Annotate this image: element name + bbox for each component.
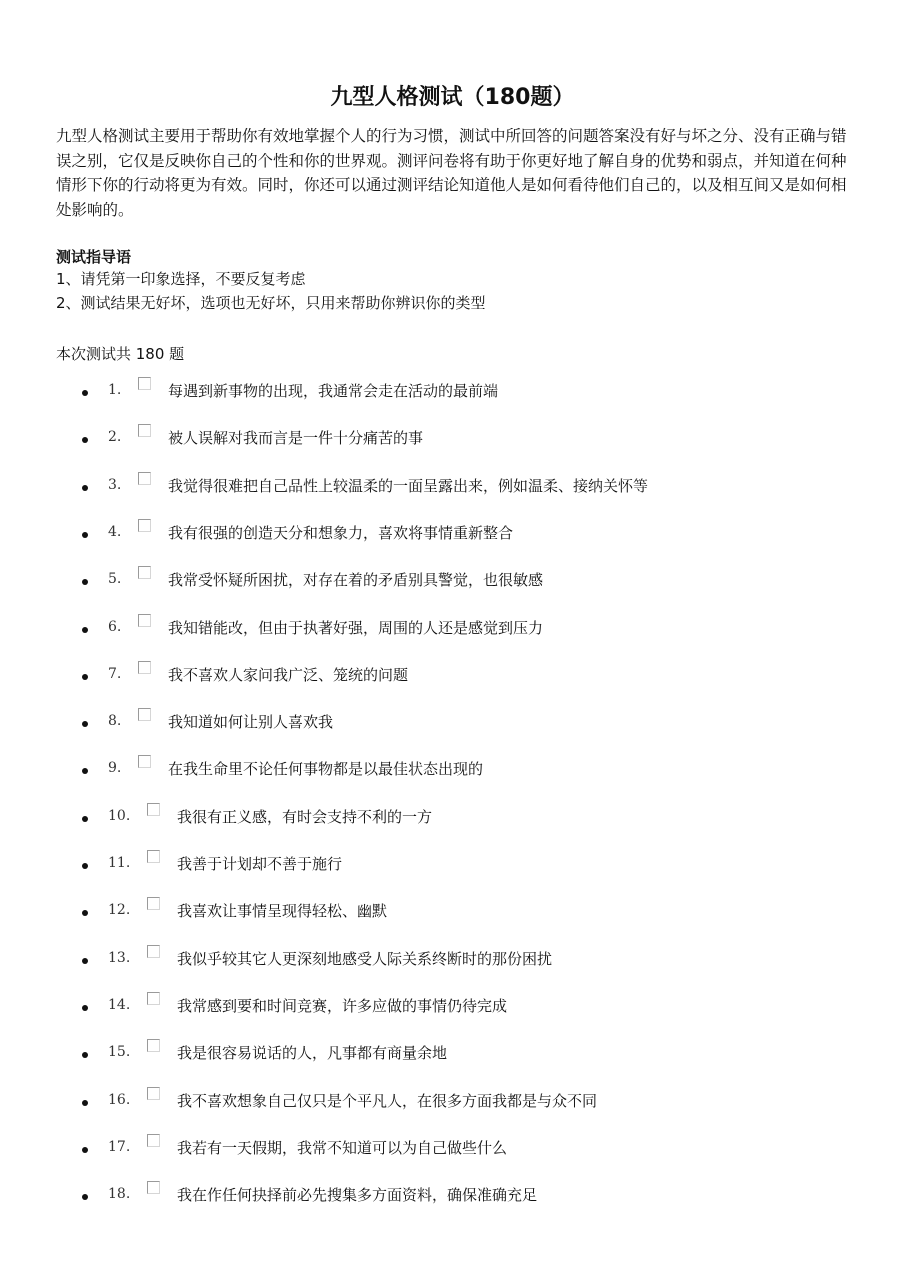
question-checkbox[interactable] bbox=[147, 992, 160, 1005]
question-number: 2. bbox=[108, 429, 121, 445]
question-item: 5.我常受怀疑所困扰，对存在着的矛盾别具警觉，也很敏感 bbox=[0, 565, 905, 595]
question-number: 5. bbox=[108, 571, 121, 587]
guide-heading: 测试指导语 bbox=[56, 246, 131, 267]
bullet-icon bbox=[82, 485, 88, 491]
question-number: 1. bbox=[108, 382, 121, 398]
guide-line-1: 1、请凭第一印象选择，不要反复考虑 bbox=[56, 268, 306, 289]
question-item: 11.我善于计划却不善于施行 bbox=[0, 849, 905, 879]
question-number: 8. bbox=[108, 713, 121, 729]
bullet-icon bbox=[82, 674, 88, 680]
question-text: 我知道如何让别人喜欢我 bbox=[168, 711, 333, 732]
intro-paragraph: 九型人格测试主要用于帮助你有效地掌握个人的行为习惯，测试中所回答的问题答案没有好… bbox=[56, 124, 856, 222]
question-number: 15. bbox=[108, 1044, 130, 1060]
bullet-icon bbox=[82, 721, 88, 727]
page-title: 九型人格测试（180题） bbox=[0, 80, 905, 111]
bullet-icon bbox=[82, 816, 88, 822]
question-text: 我不喜欢人家问我广泛、笼统的问题 bbox=[168, 664, 408, 685]
guide-line-2: 2、测试结果无好坏，选项也无好坏，只用来帮助你辨识你的类型 bbox=[56, 292, 486, 313]
bullet-icon bbox=[82, 1100, 88, 1106]
question-text: 在我生命里不论任何事物都是以最佳状态出现的 bbox=[168, 758, 483, 779]
question-number: 14. bbox=[108, 997, 130, 1013]
bullet-icon bbox=[82, 910, 88, 916]
question-item: 12.我喜欢让事情呈现得轻松、幽默 bbox=[0, 896, 905, 926]
question-checkbox[interactable] bbox=[147, 1039, 160, 1052]
question-checkbox[interactable] bbox=[147, 1087, 160, 1100]
question-checkbox[interactable] bbox=[138, 755, 151, 768]
question-text: 我很有正义感，有时会支持不利的一方 bbox=[177, 806, 432, 827]
question-text: 每遇到新事物的出现，我通常会走在活动的最前端 bbox=[168, 380, 498, 401]
bullet-icon bbox=[82, 768, 88, 774]
question-checkbox[interactable] bbox=[138, 519, 151, 532]
question-text: 我常受怀疑所困扰，对存在着的矛盾别具警觉，也很敏感 bbox=[168, 569, 543, 590]
question-text: 我在作任何抉择前必先搜集多方面资料，确保准确充足 bbox=[177, 1184, 537, 1205]
question-text: 我知错能改，但由于执著好强，周围的人还是感觉到压力 bbox=[168, 617, 543, 638]
question-item: 14.我常感到要和时间竞赛，许多应做的事情仍待完成 bbox=[0, 991, 905, 1021]
bullet-icon bbox=[82, 532, 88, 538]
bullet-icon bbox=[82, 1194, 88, 1200]
bullet-icon bbox=[82, 627, 88, 633]
question-checkbox[interactable] bbox=[138, 472, 151, 485]
question-checkbox[interactable] bbox=[147, 803, 160, 816]
question-text: 我不喜欢想象自己仅只是个平凡人，在很多方面我都是与众不同 bbox=[177, 1090, 597, 1111]
question-checkbox[interactable] bbox=[138, 661, 151, 674]
question-text: 我若有一天假期，我常不知道可以为自己做些什么 bbox=[177, 1137, 507, 1158]
question-text: 我觉得很难把自己品性上较温柔的一面呈露出来，例如温柔、接纳关怀等 bbox=[168, 475, 648, 496]
question-number: 17. bbox=[108, 1139, 130, 1155]
question-number: 18. bbox=[108, 1186, 130, 1202]
question-item: 3.我觉得很难把自己品性上较温柔的一面呈露出来，例如温柔、接纳关怀等 bbox=[0, 471, 905, 501]
question-checkbox[interactable] bbox=[138, 424, 151, 437]
bullet-icon bbox=[82, 1052, 88, 1058]
question-item: 8.我知道如何让别人喜欢我 bbox=[0, 707, 905, 737]
question-checkbox[interactable] bbox=[147, 945, 160, 958]
question-item: 6.我知错能改，但由于执著好强，周围的人还是感觉到压力 bbox=[0, 613, 905, 643]
question-checkbox[interactable] bbox=[147, 1181, 160, 1194]
question-text: 我似乎较其它人更深刻地感受人际关系终断时的那份困扰 bbox=[177, 948, 552, 969]
question-text: 我常感到要和时间竞赛，许多应做的事情仍待完成 bbox=[177, 995, 507, 1016]
question-checkbox[interactable] bbox=[147, 1134, 160, 1147]
bullet-icon bbox=[82, 958, 88, 964]
document-page: 九型人格测试（180题） 九型人格测试主要用于帮助你有效地掌握个人的行为习惯，测… bbox=[0, 0, 905, 1280]
question-number: 6. bbox=[108, 619, 121, 635]
question-item: 15.我是很容易说话的人，凡事都有商量余地 bbox=[0, 1038, 905, 1068]
question-checkbox[interactable] bbox=[138, 708, 151, 721]
question-number: 4. bbox=[108, 524, 121, 540]
question-item: 18.我在作任何抉择前必先搜集多方面资料，确保准确充足 bbox=[0, 1180, 905, 1210]
question-item: 4.我有很强的创造天分和想象力，喜欢将事情重新整合 bbox=[0, 518, 905, 548]
question-number: 3. bbox=[108, 477, 121, 493]
question-item: 13.我似乎较其它人更深刻地感受人际关系终断时的那份困扰 bbox=[0, 944, 905, 974]
question-text: 我喜欢让事情呈现得轻松、幽默 bbox=[177, 900, 387, 921]
question-checkbox[interactable] bbox=[138, 377, 151, 390]
question-text: 我善于计划却不善于施行 bbox=[177, 853, 342, 874]
question-item: 1.每遇到新事物的出现，我通常会走在活动的最前端 bbox=[0, 376, 905, 406]
bullet-icon bbox=[82, 390, 88, 396]
question-number: 12. bbox=[108, 902, 130, 918]
question-item: 17.我若有一天假期，我常不知道可以为自己做些什么 bbox=[0, 1133, 905, 1163]
question-item: 2.被人误解对我而言是一件十分痛苦的事 bbox=[0, 423, 905, 453]
question-checkbox[interactable] bbox=[147, 850, 160, 863]
bullet-icon bbox=[82, 1147, 88, 1153]
question-text: 被人误解对我而言是一件十分痛苦的事 bbox=[168, 427, 423, 448]
bullet-icon bbox=[82, 579, 88, 585]
question-checkbox[interactable] bbox=[138, 566, 151, 579]
question-number: 9. bbox=[108, 760, 121, 776]
bullet-icon bbox=[82, 437, 88, 443]
question-checkbox[interactable] bbox=[147, 897, 160, 910]
question-item: 10.我很有正义感，有时会支持不利的一方 bbox=[0, 802, 905, 832]
bullet-icon bbox=[82, 1005, 88, 1011]
question-text: 我是很容易说话的人，凡事都有商量余地 bbox=[177, 1042, 447, 1063]
question-number: 11. bbox=[108, 855, 130, 871]
question-number: 7. bbox=[108, 666, 121, 682]
question-count: 本次测试共 180 题 bbox=[56, 343, 184, 364]
question-checkbox[interactable] bbox=[138, 614, 151, 627]
question-item: 7.我不喜欢人家问我广泛、笼统的问题 bbox=[0, 660, 905, 690]
bullet-icon bbox=[82, 863, 88, 869]
question-number: 10. bbox=[108, 808, 130, 824]
question-item: 16.我不喜欢想象自己仅只是个平凡人，在很多方面我都是与众不同 bbox=[0, 1086, 905, 1116]
question-number: 16. bbox=[108, 1092, 130, 1108]
question-text: 我有很强的创造天分和想象力，喜欢将事情重新整合 bbox=[168, 522, 513, 543]
question-item: 9.在我生命里不论任何事物都是以最佳状态出现的 bbox=[0, 754, 905, 784]
question-number: 13. bbox=[108, 950, 130, 966]
